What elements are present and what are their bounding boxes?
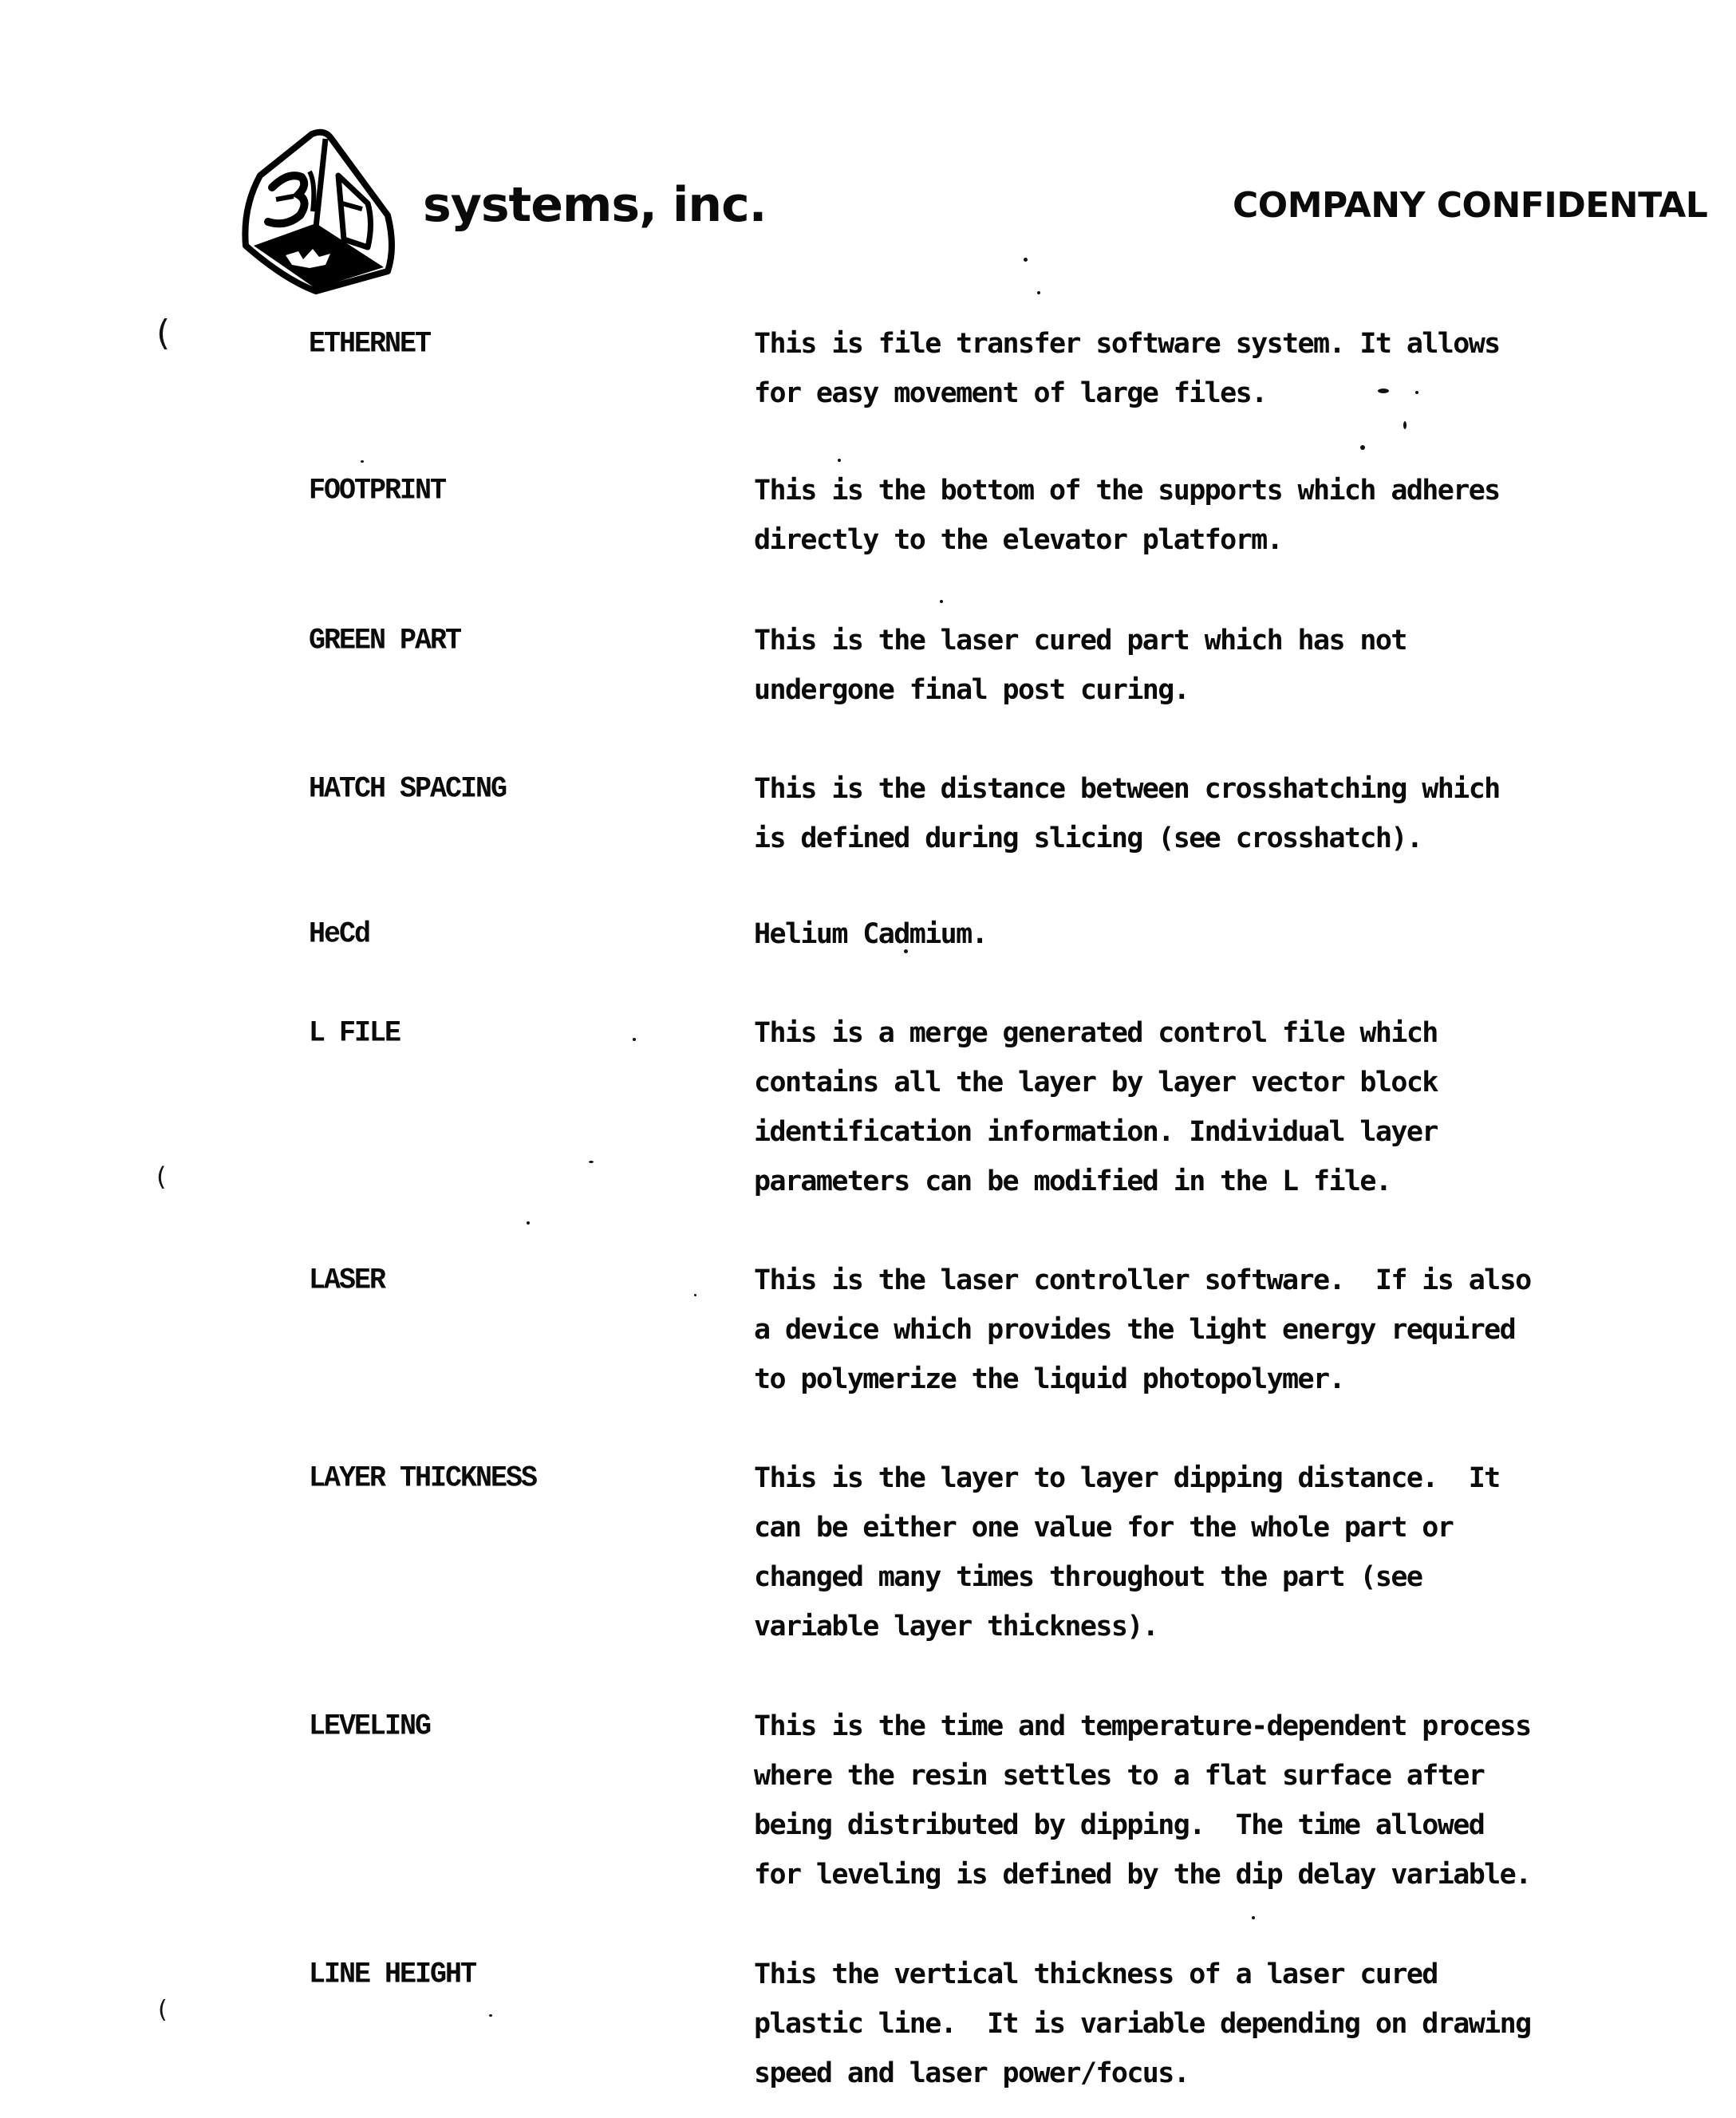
glossary-definition: This is the bottom of the supports which… (754, 466, 1500, 565)
definition-line: being distributed by dipping. The time a… (754, 1800, 1531, 1850)
definition-line: plastic line. It is variable depending o… (754, 1999, 1531, 2049)
margin-mark: ( (156, 1162, 166, 1192)
glossary-definition: This is file transfer software system. I… (754, 319, 1500, 418)
definition-line: This the vertical thickness of a laser c… (754, 1950, 1531, 1999)
definition-line: parameters can be modified in the L file… (754, 1157, 1438, 1206)
definition-line: to polymerize the liquid photopolymer. (754, 1355, 1531, 1404)
glossary-term: L FILE (309, 1007, 400, 1059)
glossary-definition: This is the laser cured part which has n… (754, 616, 1407, 715)
scan-speck (1024, 258, 1028, 262)
scan-speck (694, 1294, 696, 1296)
definition-line: This is the laser cured part which has n… (754, 616, 1407, 665)
definition-line: undergone final post curing. (754, 665, 1407, 715)
definition-line: This is the distance between crosshatchi… (754, 764, 1500, 814)
definition-line: is defined during slicing (see crosshatc… (754, 814, 1500, 863)
glossary-term: ETHERNET (309, 318, 430, 369)
definition-line: for leveling is defined by the dip delay… (754, 1850, 1531, 1899)
glossary-term: FOOTPRINT (309, 464, 445, 516)
definition-line: where the resin settles to a flat surfac… (754, 1751, 1531, 1800)
definition-line: identification information. Individual l… (754, 1107, 1438, 1157)
scan-speck (1403, 421, 1407, 429)
definition-line: This is the time and temperature-depende… (754, 1702, 1531, 1751)
scan-speck (1360, 445, 1365, 450)
glossary-term: LAYER THICKNESS (309, 1452, 536, 1504)
definition-line: speed and laser power/focus. (754, 2049, 1531, 2098)
glossary-definition: This is a merge generated control file w… (754, 1008, 1438, 1206)
scan-speck (589, 1161, 594, 1163)
definition-line: can be either one value for the whole pa… (754, 1503, 1500, 1552)
definition-line: for easy movement of large files. (754, 369, 1500, 418)
confidentiality-label: COMPANY CONFIDENTAL (1233, 185, 1707, 226)
definition-line: Helium Cadmium. (754, 909, 987, 959)
scan-speck (527, 1221, 530, 1225)
glossary-term: LASER (309, 1254, 385, 1306)
company-logo-icon (236, 128, 412, 295)
definition-line: changed many times throughout the part (… (754, 1552, 1500, 1602)
glossary-definition: This is the distance between crosshatchi… (754, 764, 1500, 863)
scan-speck (1037, 291, 1040, 294)
definition-line: This is the laser controller software. I… (754, 1256, 1531, 1305)
margin-mark: ( (158, 1996, 168, 2024)
glossary-definition: This the vertical thickness of a laser c… (754, 1950, 1531, 2098)
scan-speck (361, 460, 364, 463)
glossary-definition: This is the time and temperature-depende… (754, 1702, 1531, 1899)
scan-speck (1252, 1916, 1255, 1919)
glossary-term: LINE HEIGHT (309, 1948, 475, 2000)
glossary-definition: This is the layer to layer dipping dista… (754, 1453, 1500, 1651)
scan-speck (940, 600, 943, 603)
scan-speck (633, 1038, 636, 1041)
glossary-term: GREEN PART (309, 614, 460, 666)
definition-line: This is file transfer software system. I… (754, 319, 1500, 369)
margin-mark: ( (156, 313, 170, 353)
glossary-term: LEVELING (309, 1700, 430, 1752)
definition-line: directly to the elevator platform. (754, 515, 1500, 565)
3d-cube-logo-icon (236, 128, 412, 295)
definition-line: a device which provides the light energy… (754, 1305, 1531, 1355)
definition-line: This is a merge generated control file w… (754, 1008, 1438, 1058)
glossary-definition: Helium Cadmium. (754, 909, 987, 959)
definition-line: contains all the layer by layer vector b… (754, 1058, 1438, 1107)
scan-speck (489, 2014, 492, 2017)
definition-line: This is the bottom of the supports which… (754, 466, 1500, 515)
glossary-definition: This is the laser controller software. I… (754, 1256, 1531, 1404)
company-name: systems, inc. (423, 177, 766, 233)
definition-line: variable layer thickness). (754, 1602, 1500, 1651)
glossary-term: HATCH SPACING (309, 763, 506, 814)
definition-line: This is the layer to layer dipping dista… (754, 1453, 1500, 1503)
glossary-term: HeCd (309, 908, 369, 960)
scan-speck (838, 459, 841, 462)
